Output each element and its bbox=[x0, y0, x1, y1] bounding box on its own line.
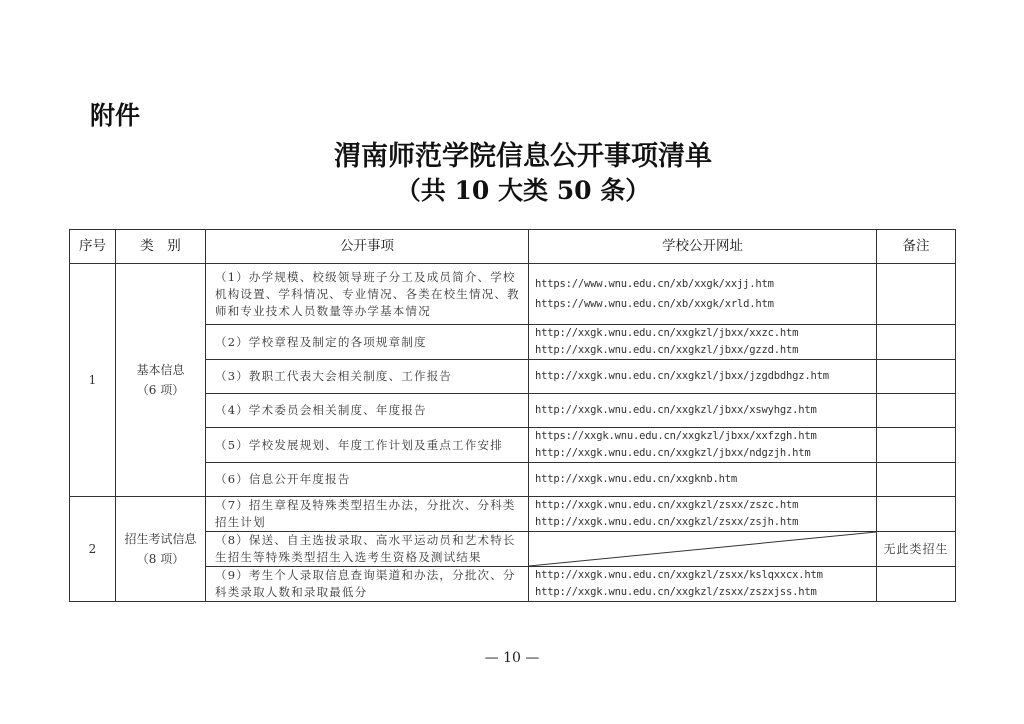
item-cell: （8）保送、自主选拔录取、高水平运动员和艺术特长生招生等特殊类型招生入选考生资格… bbox=[206, 532, 529, 567]
item-cell: （3）教职工代表大会相关制度、工作报告 bbox=[206, 360, 529, 394]
url-link[interactable]: http://xxgk.wnu.edu.cn/xxgkzl/zsxx/kslqx… bbox=[535, 567, 870, 584]
item-cell: （9）考生个人录取信息查询渠道和办法，分批次、分科类录取人数和录取最低分 bbox=[206, 567, 529, 602]
header-note: 备注 bbox=[877, 230, 956, 264]
table-row: 2 招生考试信息 （8 项） （7）招生章程及特殊类型招生办法，分批次、分科类招… bbox=[70, 497, 956, 532]
note-cell bbox=[877, 497, 956, 532]
page-number: — 10 — bbox=[0, 650, 1024, 666]
note-cell: 无此类招生 bbox=[877, 532, 956, 567]
attachment-label: 附件 bbox=[90, 96, 140, 132]
table-header-row: 序号 类 别 公开事项 学校公开网址 备注 bbox=[70, 230, 956, 264]
url-link[interactable]: http://xxgk.wnu.edu.cn/xxgkzl/zsxx/zszc.… bbox=[535, 497, 870, 514]
header-item: 公开事项 bbox=[206, 230, 529, 264]
url-cell: https://www.wnu.edu.cn/xb/xxgk/xxjj.htm … bbox=[529, 264, 877, 325]
url-link[interactable]: http://xxgk.wnu.edu.cn/xxgkzl/jbxx/ndgzj… bbox=[535, 445, 870, 462]
url-link[interactable]: http://xxgk.wnu.edu.cn/xxgkzl/jbxx/gzzd.… bbox=[535, 342, 870, 359]
url-cell: http://xxgk.wnu.edu.cn/xxgkzl/zsxx/zszc.… bbox=[529, 497, 877, 532]
note-cell bbox=[877, 264, 956, 325]
diagonal-slash bbox=[529, 532, 876, 566]
url-link[interactable]: https://www.wnu.edu.cn/xb/xxgk/xxjj.htm bbox=[535, 274, 870, 294]
document-subtitle: （共 10 大类 50 条） bbox=[0, 171, 1024, 207]
group-num: 1 bbox=[70, 264, 116, 497]
url-cell: http://xxgk.wnu.edu.cn/xxgkzl/zsxx/kslqx… bbox=[529, 567, 877, 602]
item-cell: （1）办学规模、校级领导班子分工及成员简介、学校机构设置、学科情况、专业情况、各… bbox=[206, 264, 529, 325]
item-cell: （6）信息公开年度报告 bbox=[206, 463, 529, 497]
url-cell: https://xxgk.wnu.edu.cn/xxgkzl/jbxx/xxfz… bbox=[529, 428, 877, 463]
note-cell bbox=[877, 463, 956, 497]
note-cell bbox=[877, 567, 956, 602]
url-link[interactable]: http://xxgk.wnu.edu.cn/xxgkzl/jbxx/jzgdb… bbox=[535, 368, 870, 385]
header-category: 类 别 bbox=[116, 230, 206, 264]
url-cell: http://xxgk.wnu.edu.cn/xxgknb.htm bbox=[529, 463, 877, 497]
category-count: （6 项） bbox=[116, 380, 205, 400]
item-cell: （7）招生章程及特殊类型招生办法，分批次、分科类招生计划 bbox=[206, 497, 529, 532]
url-cell-empty bbox=[529, 532, 877, 567]
url-cell: http://xxgk.wnu.edu.cn/xxgkzl/jbxx/jzgdb… bbox=[529, 360, 877, 394]
category-label: 招生考试信息 bbox=[116, 529, 205, 549]
url-link[interactable]: https://www.wnu.edu.cn/xb/xxgk/xrld.htm bbox=[535, 294, 870, 314]
item-cell: （2）学校章程及制定的各项规章制度 bbox=[206, 325, 529, 360]
note-cell bbox=[877, 394, 956, 428]
table-row: 1 基本信息 （6 项） （1）办学规模、校级领导班子分工及成员简介、学校机构设… bbox=[70, 264, 956, 325]
note-cell bbox=[877, 325, 956, 360]
url-link[interactable]: http://xxgk.wnu.edu.cn/xxgkzl/zsxx/zsjh.… bbox=[535, 514, 870, 531]
category-count: （8 项） bbox=[116, 549, 205, 569]
url-link[interactable]: http://xxgk.wnu.edu.cn/xxgkzl/jbxx/xxzc.… bbox=[535, 325, 870, 342]
item-cell: （5）学校发展规划、年度工作计划及重点工作安排 bbox=[206, 428, 529, 463]
header-url: 学校公开网址 bbox=[529, 230, 877, 264]
note-cell bbox=[877, 360, 956, 394]
header-num: 序号 bbox=[70, 230, 116, 264]
document-title: 渭南师范学院信息公开事项清单 bbox=[0, 134, 1024, 173]
url-link[interactable]: https://xxgk.wnu.edu.cn/xxgkzl/jbxx/xxfz… bbox=[535, 428, 870, 445]
note-cell bbox=[877, 428, 956, 463]
group-category: 招生考试信息 （8 项） bbox=[116, 497, 206, 602]
disclosure-table: 序号 类 别 公开事项 学校公开网址 备注 1 基本信息 （6 项） （1）办学… bbox=[69, 229, 955, 600]
url-cell: http://xxgk.wnu.edu.cn/xxgkzl/jbxx/xxzc.… bbox=[529, 325, 877, 360]
group-num: 2 bbox=[70, 497, 116, 602]
group-category: 基本信息 （6 项） bbox=[116, 264, 206, 497]
url-cell: http://xxgk.wnu.edu.cn/xxgkzl/jbxx/xswyh… bbox=[529, 394, 877, 428]
category-label: 基本信息 bbox=[116, 360, 205, 380]
url-link[interactable]: http://xxgk.wnu.edu.cn/xxgknb.htm bbox=[535, 471, 870, 488]
url-link[interactable]: http://xxgk.wnu.edu.cn/xxgkzl/zsxx/zszxj… bbox=[535, 584, 870, 601]
url-link[interactable]: http://xxgk.wnu.edu.cn/xxgkzl/jbxx/xswyh… bbox=[535, 402, 870, 419]
item-cell: （4）学术委员会相关制度、年度报告 bbox=[206, 394, 529, 428]
